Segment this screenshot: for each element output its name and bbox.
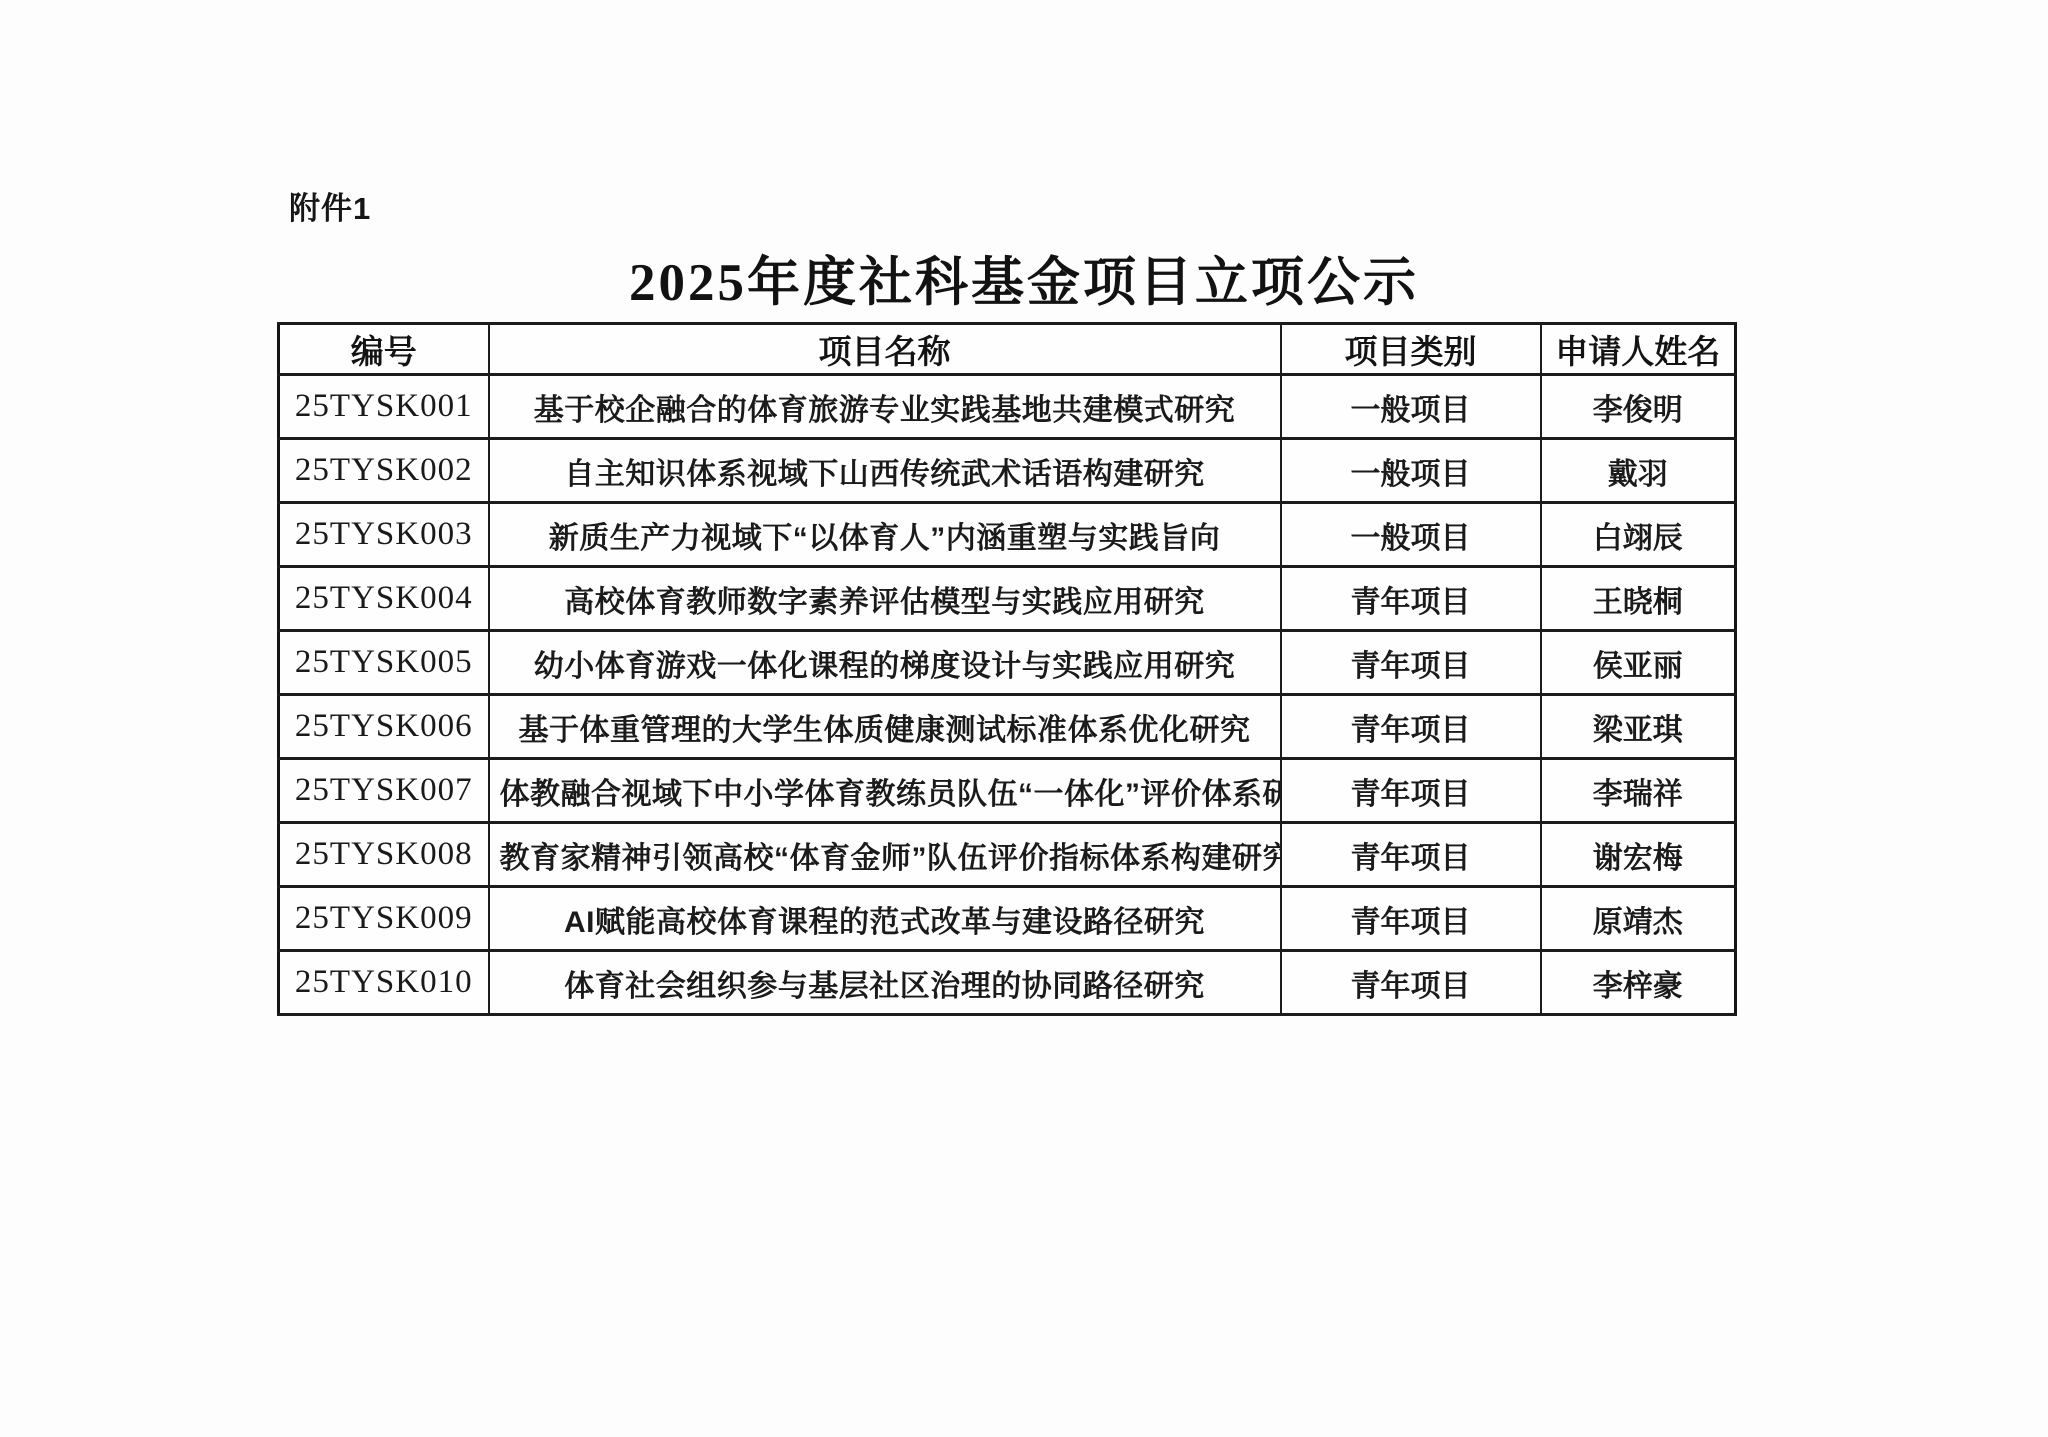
header-cell-applicant: 申请人姓名	[1541, 324, 1736, 375]
table-row: 25TYSK009 AI赋能高校体育课程的范式改革与建设路径研究 青年项目 原靖…	[279, 887, 1736, 951]
cell-project-code: 25TYSK008	[279, 823, 489, 887]
cell-project-name: 高校体育教师数字素养评估模型与实践应用研究	[489, 567, 1281, 631]
cell-applicant-name: 李梓豪	[1541, 951, 1736, 1015]
cell-project-category: 青年项目	[1281, 631, 1541, 695]
cell-applicant-name: 李俊明	[1541, 375, 1736, 439]
table-header-row: 编号 项目名称 项目类别 申请人姓名	[279, 324, 1736, 375]
cell-applicant-name: 谢宏梅	[1541, 823, 1736, 887]
table-row: 25TYSK001 基于校企融合的体育旅游专业实践基地共建模式研究 一般项目 李…	[279, 375, 1736, 439]
cell-project-code: 25TYSK005	[279, 631, 489, 695]
page: { "document": { "attachment_label": "附件1…	[0, 0, 2048, 1437]
cell-project-name: 自主知识体系视域下山西传统武术话语构建研究	[489, 439, 1281, 503]
table-row: 25TYSK002 自主知识体系视域下山西传统武术话语构建研究 一般项目 戴羽	[279, 439, 1736, 503]
cell-project-category: 一般项目	[1281, 375, 1541, 439]
cell-project-code: 25TYSK007	[279, 759, 489, 823]
cell-project-category: 一般项目	[1281, 503, 1541, 567]
header-cell-code: 编号	[279, 324, 489, 375]
cell-project-category: 青年项目	[1281, 695, 1541, 759]
cell-project-category: 青年项目	[1281, 951, 1541, 1015]
cell-project-name: 基于体重管理的大学生体质健康测试标准体系优化研究	[489, 695, 1281, 759]
attachment-label: 附件1	[289, 183, 371, 228]
table-row: 25TYSK007 体教融合视域下中小学体育教练员队伍“一体化”评价体系研究 青…	[279, 759, 1736, 823]
cell-project-category: 青年项目	[1281, 887, 1541, 951]
cell-project-category: 青年项目	[1281, 759, 1541, 823]
cell-project-name: 体教融合视域下中小学体育教练员队伍“一体化”评价体系研究	[489, 759, 1281, 823]
table-body: 25TYSK001 基于校企融合的体育旅游专业实践基地共建模式研究 一般项目 李…	[279, 375, 1736, 1015]
cell-project-code: 25TYSK001	[279, 375, 489, 439]
cell-project-code: 25TYSK010	[279, 951, 489, 1015]
cell-applicant-name: 梁亚琪	[1541, 695, 1736, 759]
cell-applicant-name: 侯亚丽	[1541, 631, 1736, 695]
cell-project-name: 教育家精神引领高校“体育金师”队伍评价指标体系构建研究	[489, 823, 1281, 887]
projects-table: 编号 项目名称 项目类别 申请人姓名 25TYSK001 基于校企融合的体育旅游…	[277, 322, 1737, 1016]
header-cell-category: 项目类别	[1281, 324, 1541, 375]
cell-applicant-name: 王晓桐	[1541, 567, 1736, 631]
cell-project-code: 25TYSK009	[279, 887, 489, 951]
cell-applicant-name: 白翊辰	[1541, 503, 1736, 567]
cell-project-name: 新质生产力视域下“以体育人”内涵重塑与实践旨向	[489, 503, 1281, 567]
table-row: 25TYSK006 基于体重管理的大学生体质健康测试标准体系优化研究 青年项目 …	[279, 695, 1736, 759]
page-title: 2025年度社科基金项目立项公示	[0, 240, 2048, 316]
cell-project-name: 体育社会组织参与基层社区治理的协同路径研究	[489, 951, 1281, 1015]
cell-project-name: 基于校企融合的体育旅游专业实践基地共建模式研究	[489, 375, 1281, 439]
cell-project-code: 25TYSK002	[279, 439, 489, 503]
cell-project-category: 一般项目	[1281, 439, 1541, 503]
table-row: 25TYSK010 体育社会组织参与基层社区治理的协同路径研究 青年项目 李梓豪	[279, 951, 1736, 1015]
table-row: 25TYSK005 幼小体育游戏一体化课程的梯度设计与实践应用研究 青年项目 侯…	[279, 631, 1736, 695]
cell-project-code: 25TYSK003	[279, 503, 489, 567]
cell-project-name: AI赋能高校体育课程的范式改革与建设路径研究	[489, 887, 1281, 951]
cell-project-name: 幼小体育游戏一体化课程的梯度设计与实践应用研究	[489, 631, 1281, 695]
cell-applicant-name: 李瑞祥	[1541, 759, 1736, 823]
table-row: 25TYSK003 新质生产力视域下“以体育人”内涵重塑与实践旨向 一般项目 白…	[279, 503, 1736, 567]
cell-project-code: 25TYSK006	[279, 695, 489, 759]
table-row: 25TYSK008 教育家精神引领高校“体育金师”队伍评价指标体系构建研究 青年…	[279, 823, 1736, 887]
cell-project-category: 青年项目	[1281, 823, 1541, 887]
cell-applicant-name: 戴羽	[1541, 439, 1736, 503]
header-cell-project-name: 项目名称	[489, 324, 1281, 375]
table-row: 25TYSK004 高校体育教师数字素养评估模型与实践应用研究 青年项目 王晓桐	[279, 567, 1736, 631]
cell-project-code: 25TYSK004	[279, 567, 489, 631]
cell-project-category: 青年项目	[1281, 567, 1541, 631]
cell-applicant-name: 原靖杰	[1541, 887, 1736, 951]
